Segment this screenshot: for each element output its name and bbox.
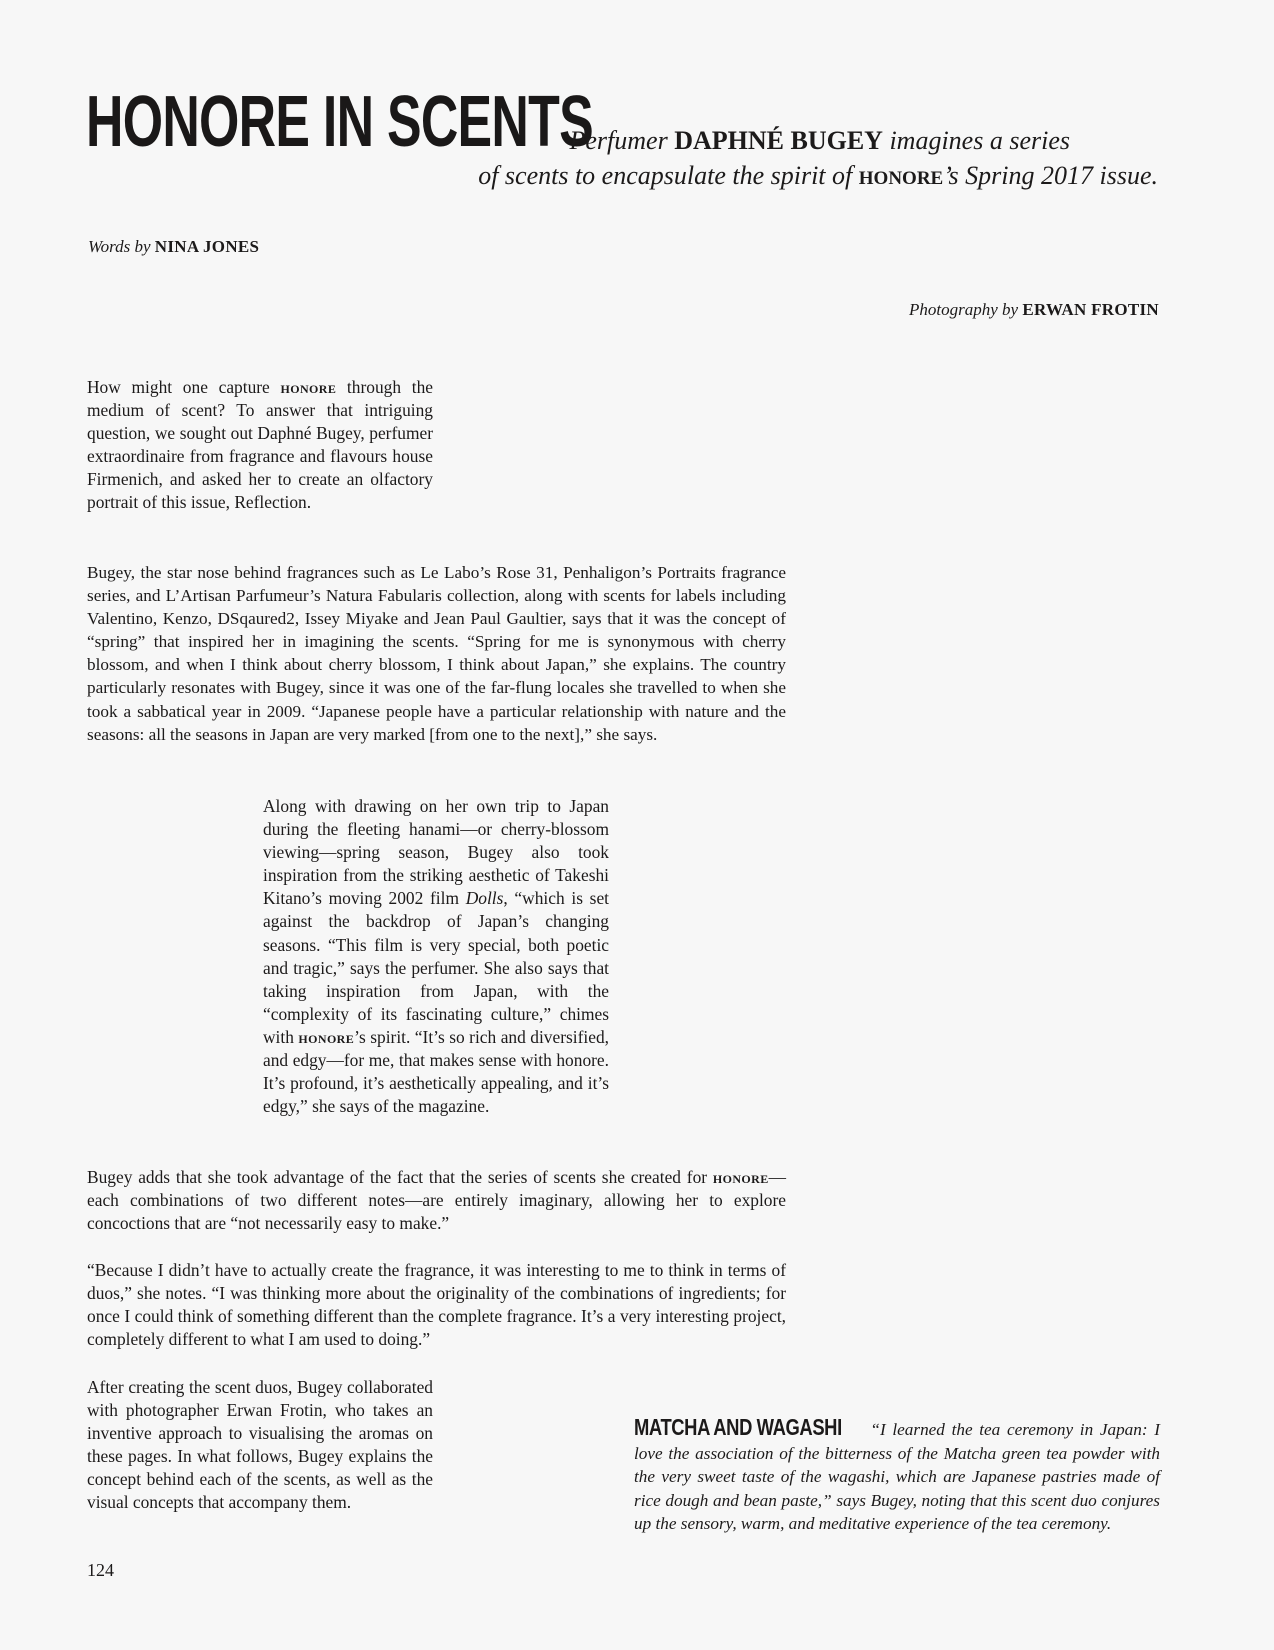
byline-photography: Photography by ERWAN FROTIN <box>909 299 1159 321</box>
byline-author: NINA JONES <box>155 237 260 256</box>
page-number: 124 <box>87 1559 114 1581</box>
text-run: , “which is set against the backdrop of … <box>263 888 609 1047</box>
deck-text: imagines a series <box>883 126 1070 155</box>
deck-text: Perfumer <box>570 126 675 155</box>
byline-words: Words by NINA JONES <box>88 236 259 258</box>
byline-label: Words by <box>88 237 155 256</box>
deck-line-1: Perfumer DAPHNÉ BUGEY imagines a series <box>438 124 1158 158</box>
text-run: Bugey adds that she took advantage of th… <box>87 1167 713 1187</box>
deck-text: ’s Spring 2017 issue. <box>943 161 1158 190</box>
paragraph-5: “Because I didn’t have to actually creat… <box>87 1259 786 1351</box>
text-run: How might one capture <box>87 377 280 397</box>
film-title: Dolls <box>466 888 504 908</box>
byline-label: Photography by <box>909 300 1022 319</box>
magazine-name: HONORE <box>280 377 336 397</box>
deck-line-2: of scents to encapsulate the spirit of H… <box>438 158 1158 193</box>
magazine-name: HONORE <box>298 1027 354 1047</box>
paragraph-4: Bugey adds that she took advantage of th… <box>87 1166 786 1235</box>
perfumer-name: DAPHNÉ BUGEY <box>674 126 883 155</box>
magazine-name: HONORE <box>859 160 943 190</box>
text-run: through the medium of scent? To answer t… <box>87 377 433 512</box>
paragraph-intro: How might one capture HONORE through the… <box>87 376 433 515</box>
magazine-name: HONORE <box>713 1167 769 1187</box>
article-deck: Perfumer DAPHNÉ BUGEY imagines a series … <box>438 124 1158 193</box>
deck-text: of scents to encapsulate the spirit of <box>478 161 859 190</box>
byline-photographer: ERWAN FROTIN <box>1022 300 1159 319</box>
paragraph-6: After creating the scent duos, Bugey col… <box>87 1376 433 1515</box>
paragraph-3: Along with drawing on her own trip to Ja… <box>263 795 609 1118</box>
caption-heading: MATCHA AND WAGASHI <box>634 1416 842 1440</box>
paragraph-2: Bugey, the star nose behind fragrances s… <box>87 561 786 746</box>
scent-caption: MATCHA AND WAGASHI “I learned the tea ce… <box>634 1416 1160 1536</box>
